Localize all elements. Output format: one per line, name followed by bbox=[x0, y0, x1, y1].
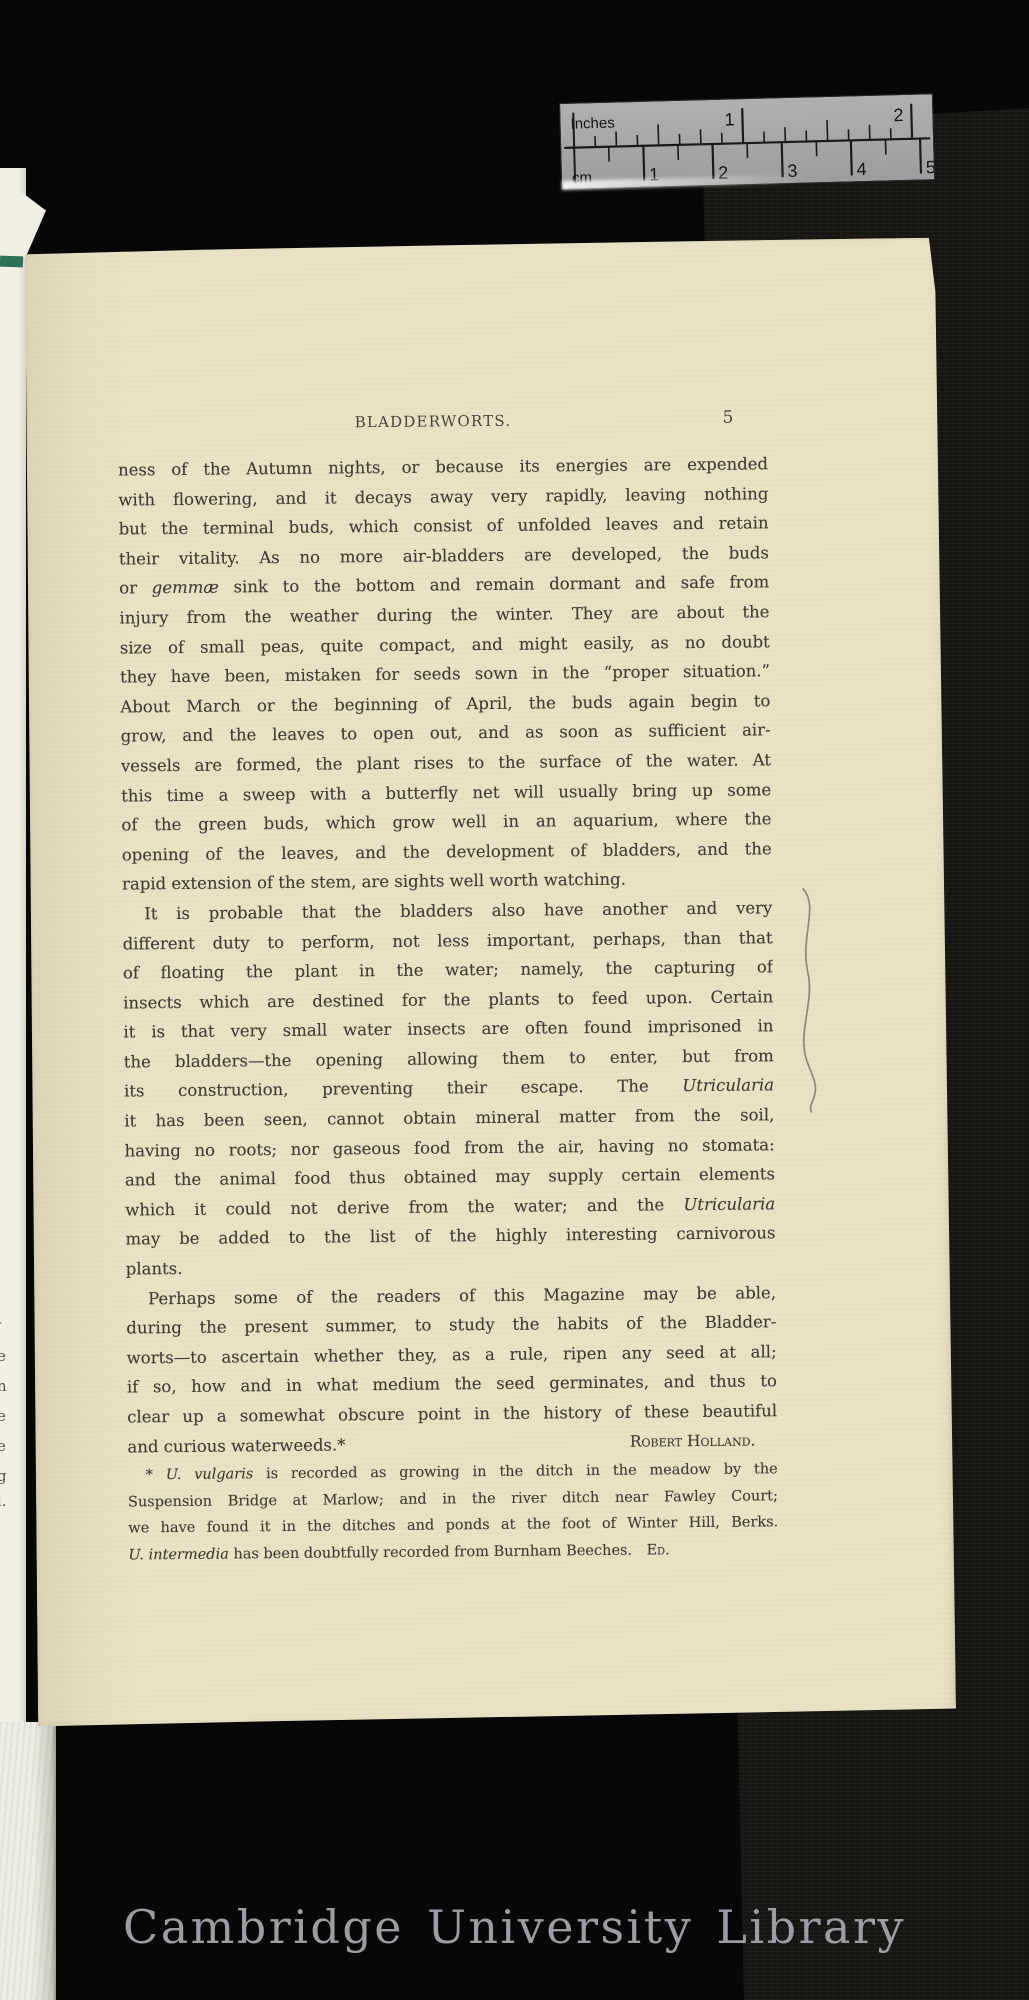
page-edge-letter-fragment: n bbox=[0, 1377, 13, 1395]
ruler-cm-number: 2 bbox=[718, 163, 729, 183]
ruler-inches-label: Inches bbox=[570, 115, 615, 133]
page-number: 5 bbox=[723, 408, 734, 428]
page-edge-letter-fragment: - bbox=[0, 1313, 13, 1331]
ruler-cm-number: 1 bbox=[649, 164, 660, 184]
ruler-tick bbox=[782, 142, 783, 177]
margin-pencil-mark bbox=[789, 885, 831, 1115]
ruler-cm-number: 5 bbox=[926, 157, 935, 177]
ruler-inch-number: 1 bbox=[724, 109, 735, 129]
ruler-tick bbox=[742, 108, 743, 143]
footnote: * U. vulgaris is recorded as growing in … bbox=[128, 1456, 779, 1568]
ruler-tick bbox=[851, 140, 852, 175]
body-text: ness of the Autumn nights, or because it… bbox=[118, 449, 778, 1461]
page-edge-letter-fragment: e bbox=[0, 1437, 13, 1455]
ruler-tick bbox=[658, 124, 659, 145]
page-edge-letter-fragment: e bbox=[0, 1407, 13, 1425]
ruler-cm-label: cm bbox=[572, 169, 592, 187]
ruler-scale: 1212345Inchescm bbox=[560, 94, 934, 189]
measuring-ruler: 1212345Inchescm bbox=[559, 93, 935, 190]
book-page: BLADDERWORTS. 5 ness of the Autumn night… bbox=[21, 232, 957, 1729]
page-edge-letter-fragment: e bbox=[0, 1347, 13, 1365]
running-title: BLADDERWORTS. bbox=[355, 412, 512, 432]
book-fore-edge bbox=[0, 1722, 56, 2000]
page-edge-letter-fragment: g bbox=[0, 1467, 13, 1485]
text-line: may be added to the list of the highly i… bbox=[125, 1219, 775, 1255]
ruler-cm-number: 4 bbox=[856, 159, 867, 179]
ruler-tick bbox=[920, 139, 921, 174]
ruler-tick bbox=[643, 146, 644, 181]
ruler-tick bbox=[827, 120, 828, 141]
ruler-cm-number: 3 bbox=[787, 161, 798, 181]
library-watermark: Cambridge University Library bbox=[0, 1900, 1029, 1954]
ruler-inch-number: 2 bbox=[893, 105, 904, 125]
text-line: U. intermedia has been doubtfully record… bbox=[128, 1536, 778, 1569]
book-cover-edge bbox=[0, 256, 23, 268]
ruler-tick bbox=[713, 144, 714, 179]
page-edge-letter-fragment: l. bbox=[0, 1492, 13, 1510]
photographed-book-scene: BLADDERWORTS. 5 ness of the Autumn night… bbox=[0, 0, 1029, 2000]
ruler-tick bbox=[911, 104, 912, 139]
running-head: BLADDERWORTS. 5 bbox=[23, 408, 945, 441]
